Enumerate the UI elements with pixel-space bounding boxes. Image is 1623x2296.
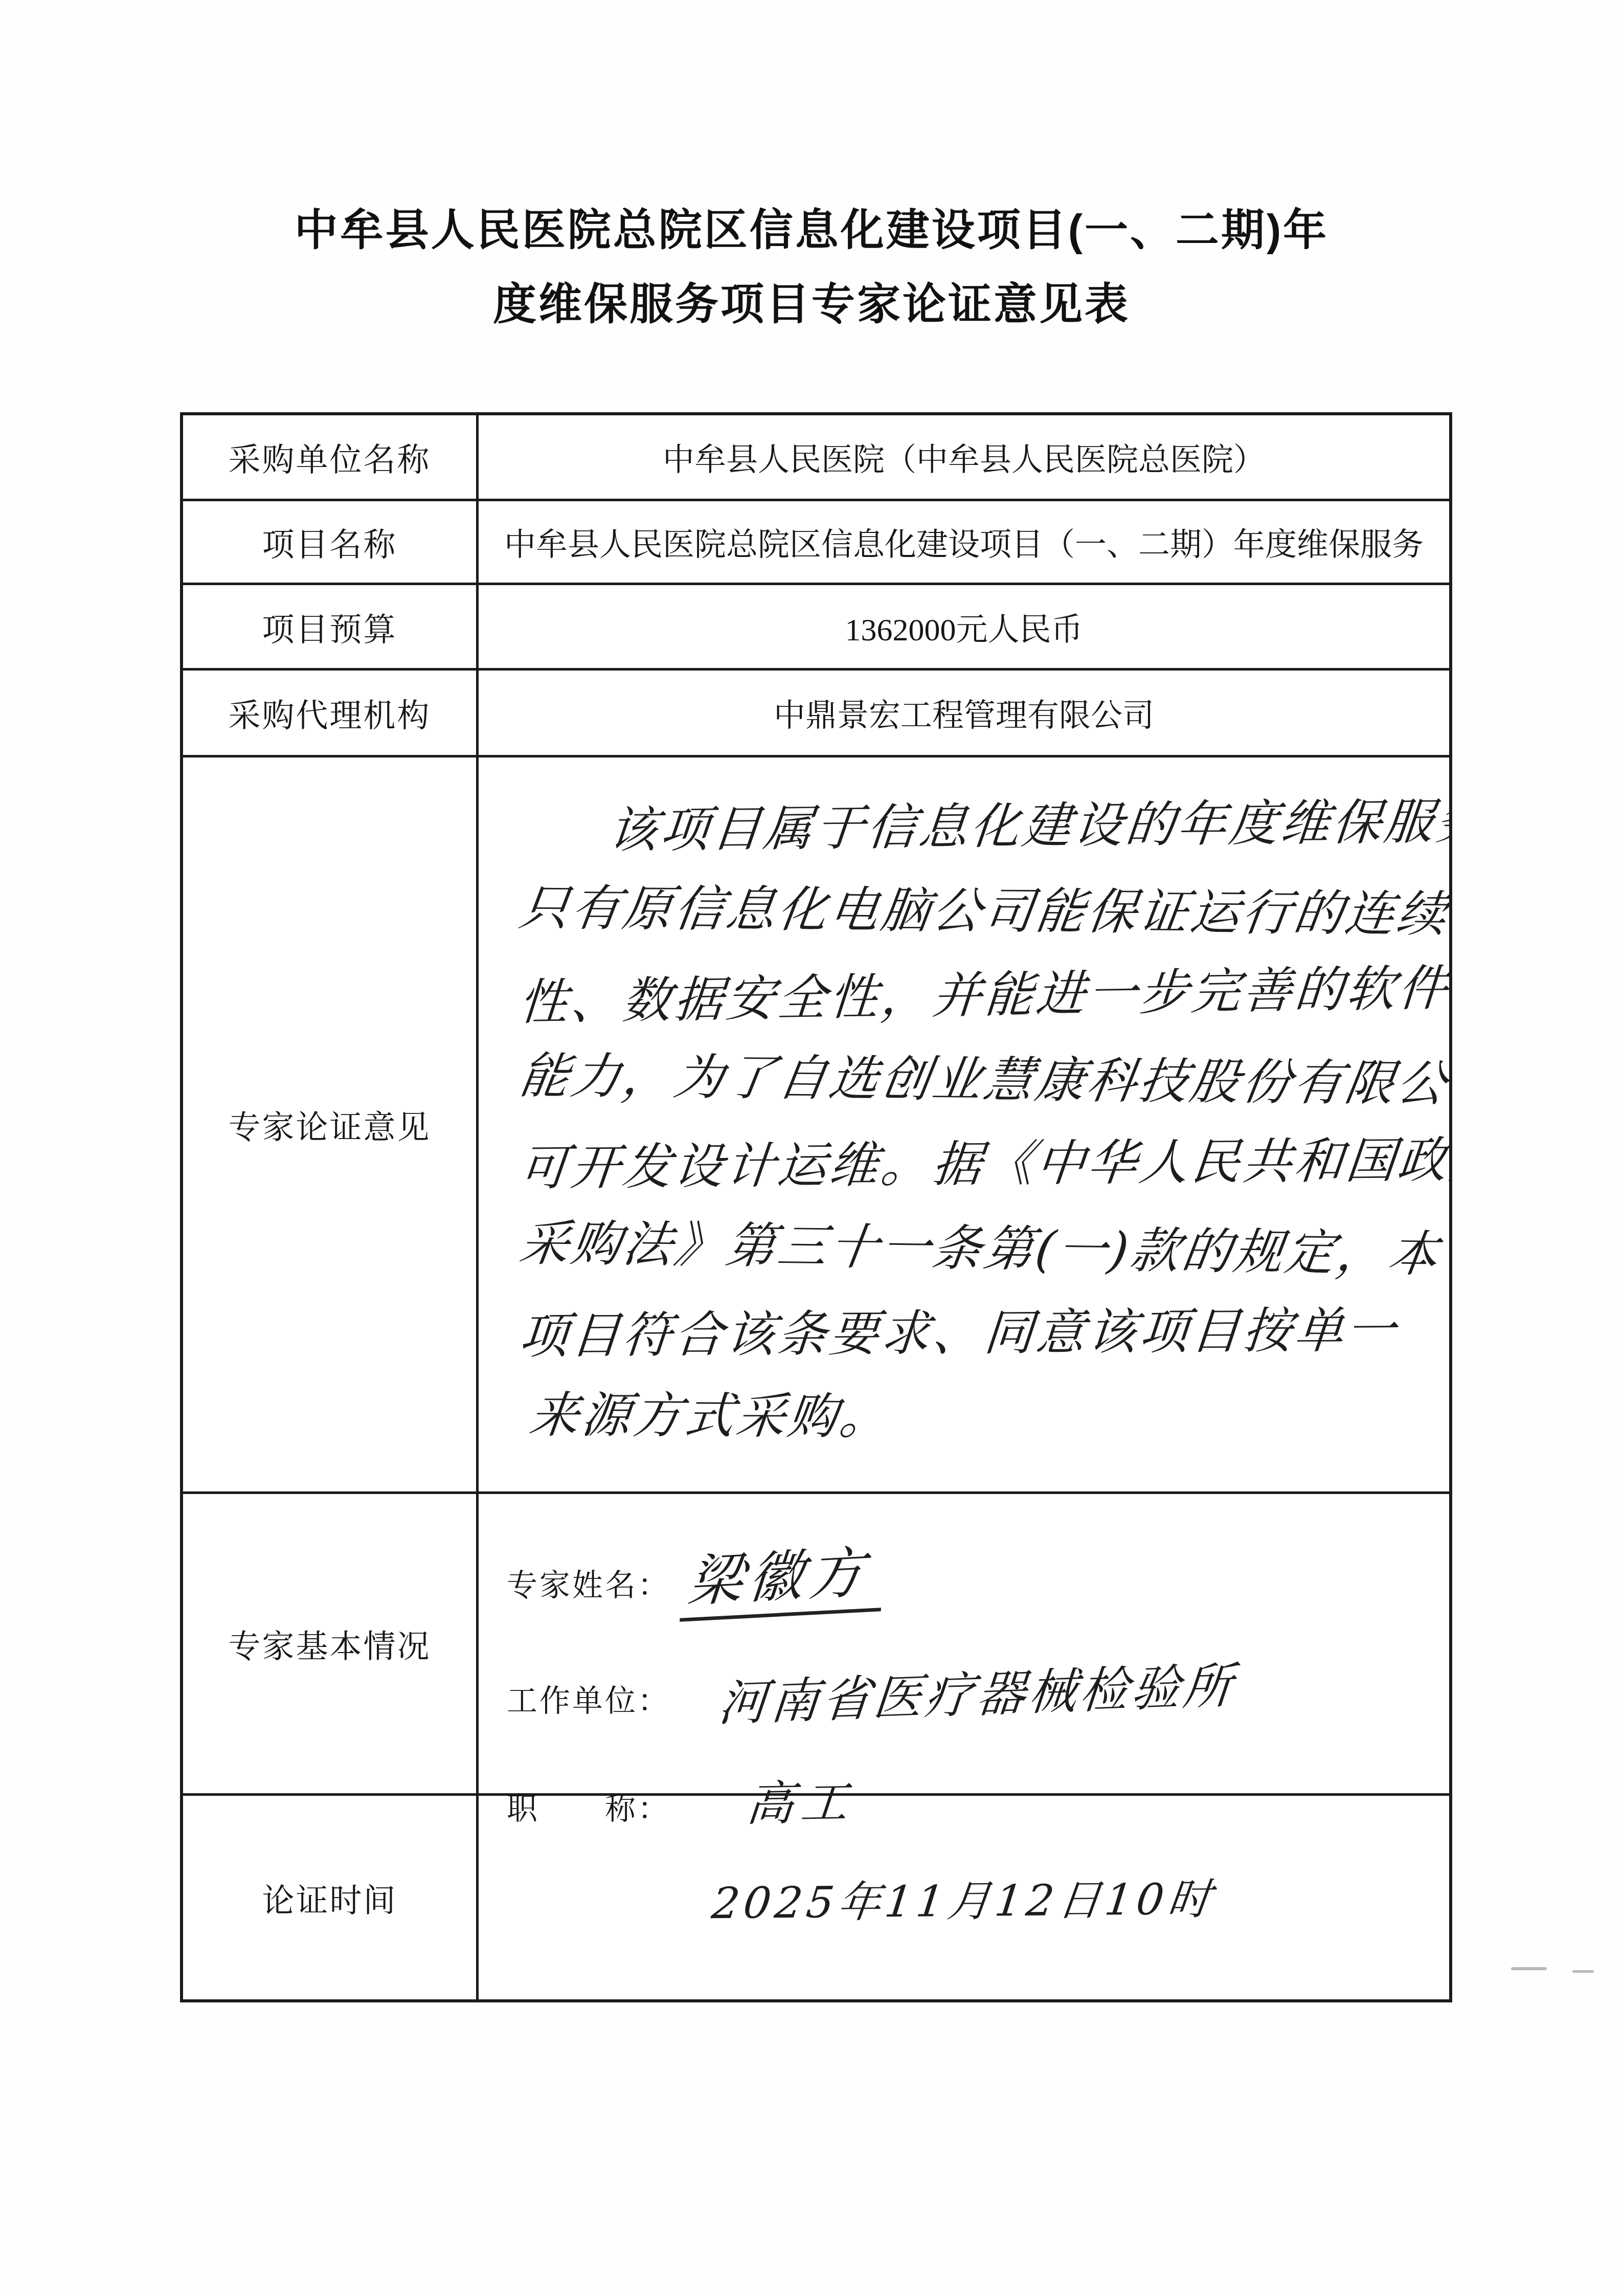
scanned-document-page: 中牟县人民医院总院区信息化建设项目(一、二期)年 度维保服务项目专家论证意见表 … — [0, 0, 1623, 2296]
table-row-project-name: 项目名称 中牟县人民医院总院区信息化建设项目（一、二期）年度维保服务 — [183, 501, 1449, 585]
expert-opinion-handwriting: 该项目属于信息化建设的年度维保服务， 只有原信息化电脑公司能保证运行的连续 性、… — [479, 757, 1449, 1491]
expert-name-label: 专家姓名： — [507, 1561, 670, 1605]
project-name-value: 中牟县人民医院总院区信息化建设项目（一、二期）年度维保服务 — [479, 501, 1449, 583]
purchaser-label: 采购单位名称 — [183, 415, 479, 499]
expert-opinion-label: 专家论证意见 — [183, 757, 479, 1491]
document-title-line1: 中牟县人民医院总院区信息化建设项目(一、二期)年 — [167, 193, 1456, 268]
scan-artifact — [1511, 1967, 1547, 1970]
opinion-line: 性、数据安全性，并能进一步完善的软件的 — [517, 960, 1431, 1031]
budget-label: 项目预算 — [183, 585, 479, 668]
review-time-label: 论证时间 — [183, 1796, 479, 1999]
document-title: 中牟县人民医院总院区信息化建设项目(一、二期)年 度维保服务项目专家论证意见表 — [167, 193, 1456, 342]
expert-unit-label: 工作单位： — [507, 1677, 670, 1721]
scan-artifact — [1572, 1970, 1594, 1973]
purchaser-value: 中牟县人民医院（中牟县人民医院总医院） — [479, 415, 1449, 499]
expert-unit-handwriting: 河南省医疗器械检验所 — [716, 1647, 1238, 1735]
table-row-budget: 项目预算 1362000元人民币 — [183, 585, 1449, 671]
agency-label: 采购代理机构 — [183, 671, 479, 755]
expert-name-signature: 梁徽方 — [680, 1527, 888, 1622]
opinion-line: 来源方式采购。 — [527, 1387, 1431, 1447]
opinion-line: 可开发设计运维。据《中华人民共和国政府 — [516, 1132, 1432, 1196]
document-title-line2: 度维保服务项目专家论证意见表 — [167, 268, 1456, 342]
review-form-table: 采购单位名称 中牟县人民医院（中牟县人民医院总医院） 项目名称 中牟县人民医院总… — [180, 412, 1452, 2002]
expert-name-group: 专家姓名： 梁徽方 — [507, 1532, 1449, 1616]
project-name-label: 项目名称 — [183, 501, 479, 583]
opinion-line: 能力，为了自选创业慧康科技股份有限公 — [516, 1047, 1432, 1112]
table-row-expert-info: 专家基本情况 专家姓名： 梁徽方 工作单位： 河南省医疗器械检验所 职 称： 高… — [183, 1494, 1449, 1796]
table-row-expert-opinion: 专家论证意见 该项目属于信息化建设的年度维保服务， 只有原信息化电脑公司能保证运… — [183, 757, 1449, 1494]
table-row-purchaser: 采购单位名称 中牟县人民医院（中牟县人民医院总医院） — [183, 415, 1449, 501]
agency-value: 中鼎景宏工程管理有限公司 — [479, 671, 1449, 755]
review-time-value: 2025年11月12日10时 — [479, 1796, 1449, 1999]
opinion-line: 该项目属于信息化建设的年度维保服务， — [516, 794, 1432, 860]
opinion-line: 只有原信息化电脑公司能保证运行的连续 — [516, 880, 1432, 942]
opinion-line: 采购法》第三十一条第(一)款的规定，本 — [516, 1215, 1432, 1282]
expert-title-handwriting: 高工 — [744, 1765, 859, 1834]
budget-value: 1362000元人民币 — [479, 585, 1449, 668]
expert-info-label: 专家基本情况 — [183, 1494, 479, 1793]
expert-info-fields: 专家姓名： 梁徽方 工作单位： 河南省医疗器械检验所 职 称： 高工 — [479, 1494, 1449, 1793]
opinion-line: 项目符合该条要求、同意该项目按单一 — [517, 1302, 1431, 1364]
review-time-handwriting: 2025年11月12日10时 — [709, 1864, 1219, 1931]
table-row-agency: 采购代理机构 中鼎景宏工程管理有限公司 — [183, 671, 1449, 757]
expert-unit-group: 工作单位： 河南省医疗器械检验所 — [507, 1656, 1449, 1726]
